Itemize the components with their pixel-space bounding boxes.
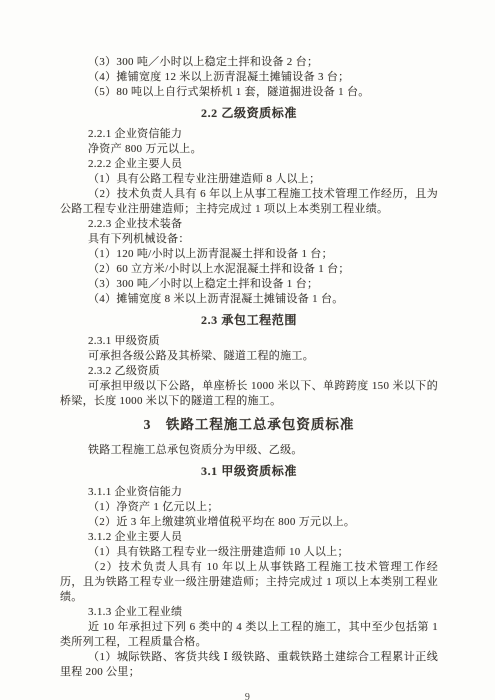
paragraph: （4）摊铺宽度 12 米以上沥青混凝土摊铺设备 3 台； <box>60 70 438 85</box>
paragraph: 可承担甲级以下公路，单座桥长 1000 米以下、单跨跨度 150 米以下的桥梁，… <box>60 379 438 409</box>
paragraph: （2）技术负责人具有 6 年以上从事工程施工技术管理工作经历，且为公路工程专业注… <box>60 187 438 217</box>
paragraph: （1）具有公路工程专业注册建造师 8 人以上； <box>60 172 438 187</box>
paragraph: 2.2.1 企业资信能力 <box>60 127 438 142</box>
paragraph: 净资产 800 万元以上。 <box>60 142 438 157</box>
paragraph: 3.1.3 企业工程业绩 <box>60 605 438 620</box>
paragraph: （2）60 立方米/小时以上水泥混凝土拌和设备 1 台； <box>60 262 438 277</box>
paragraph: （2）技术负责人具有 10 年以上从事铁路工程施工技术管理工作经历，且为铁路工程… <box>60 560 438 605</box>
paragraph: 具有下列机械设备： <box>60 232 438 247</box>
paragraph: 3.1.2 企业主要人员 <box>60 530 438 545</box>
paragraph: （5）80 吨以上自行式架桥机 1 套，隧道掘进设备 1 台。 <box>60 85 438 100</box>
document-page: （3）300 吨／小时以上稳定土拌和设备 2 台；（4）摊铺宽度 12 米以上沥… <box>0 0 495 700</box>
paragraph: （1）净资产 1 亿元以上； <box>60 500 438 515</box>
document-content: （3）300 吨／小时以上稳定土拌和设备 2 台；（4）摊铺宽度 12 米以上沥… <box>0 0 495 680</box>
paragraph: 3.1.1 企业资信能力 <box>60 485 438 500</box>
paragraph: （4）摊铺宽度 8 米以上沥青混凝土摊铺设备 1 台。 <box>60 292 438 307</box>
paragraph: 可承担各级公路及其桥梁、隧道工程的施工。 <box>60 349 438 364</box>
section-heading: 2.3 承包工程范围 <box>60 312 438 328</box>
paragraph: （3）300 吨／小时以上稳定土拌和设备 1 台； <box>60 277 438 292</box>
paragraph: 2.3.2 乙级资质 <box>60 364 438 379</box>
paragraph: 近 10 年承担过下列 6 类中的 4 类以上工程的施工，其中至少包括第 1 类… <box>60 620 438 650</box>
section-heading: 3.1 甲级资质标准 <box>60 463 438 479</box>
paragraph: 铁路工程施工总承包资质分为甲级、乙级。 <box>60 443 438 458</box>
paragraph: （1）120 吨/小时以上沥青混凝土拌和设备 1 台； <box>60 247 438 262</box>
paragraph: （1）城际铁路、客货共线 Ⅰ 级铁路、重载铁路土建综合工程累计正线里程 200 … <box>60 650 438 680</box>
paragraph: 2.2.3 企业技术装备 <box>60 217 438 232</box>
paragraph: （1）具有铁路工程专业一级注册建造师 10 人以上； <box>60 545 438 560</box>
paragraph: （2）近 3 年上缴建筑业增值税平均在 800 万元以上。 <box>60 515 438 530</box>
paragraph: 2.3.1 甲级资质 <box>60 334 438 349</box>
page-number: 9 <box>0 692 495 700</box>
paragraph: （3）300 吨／小时以上稳定土拌和设备 2 台； <box>60 55 438 70</box>
section-heading: 2.2 乙级资质标准 <box>60 105 438 121</box>
paragraph: 2.2.2 企业主要人员 <box>60 157 438 172</box>
chapter-heading: 3 铁路工程施工总承包资质标准 <box>60 416 438 434</box>
